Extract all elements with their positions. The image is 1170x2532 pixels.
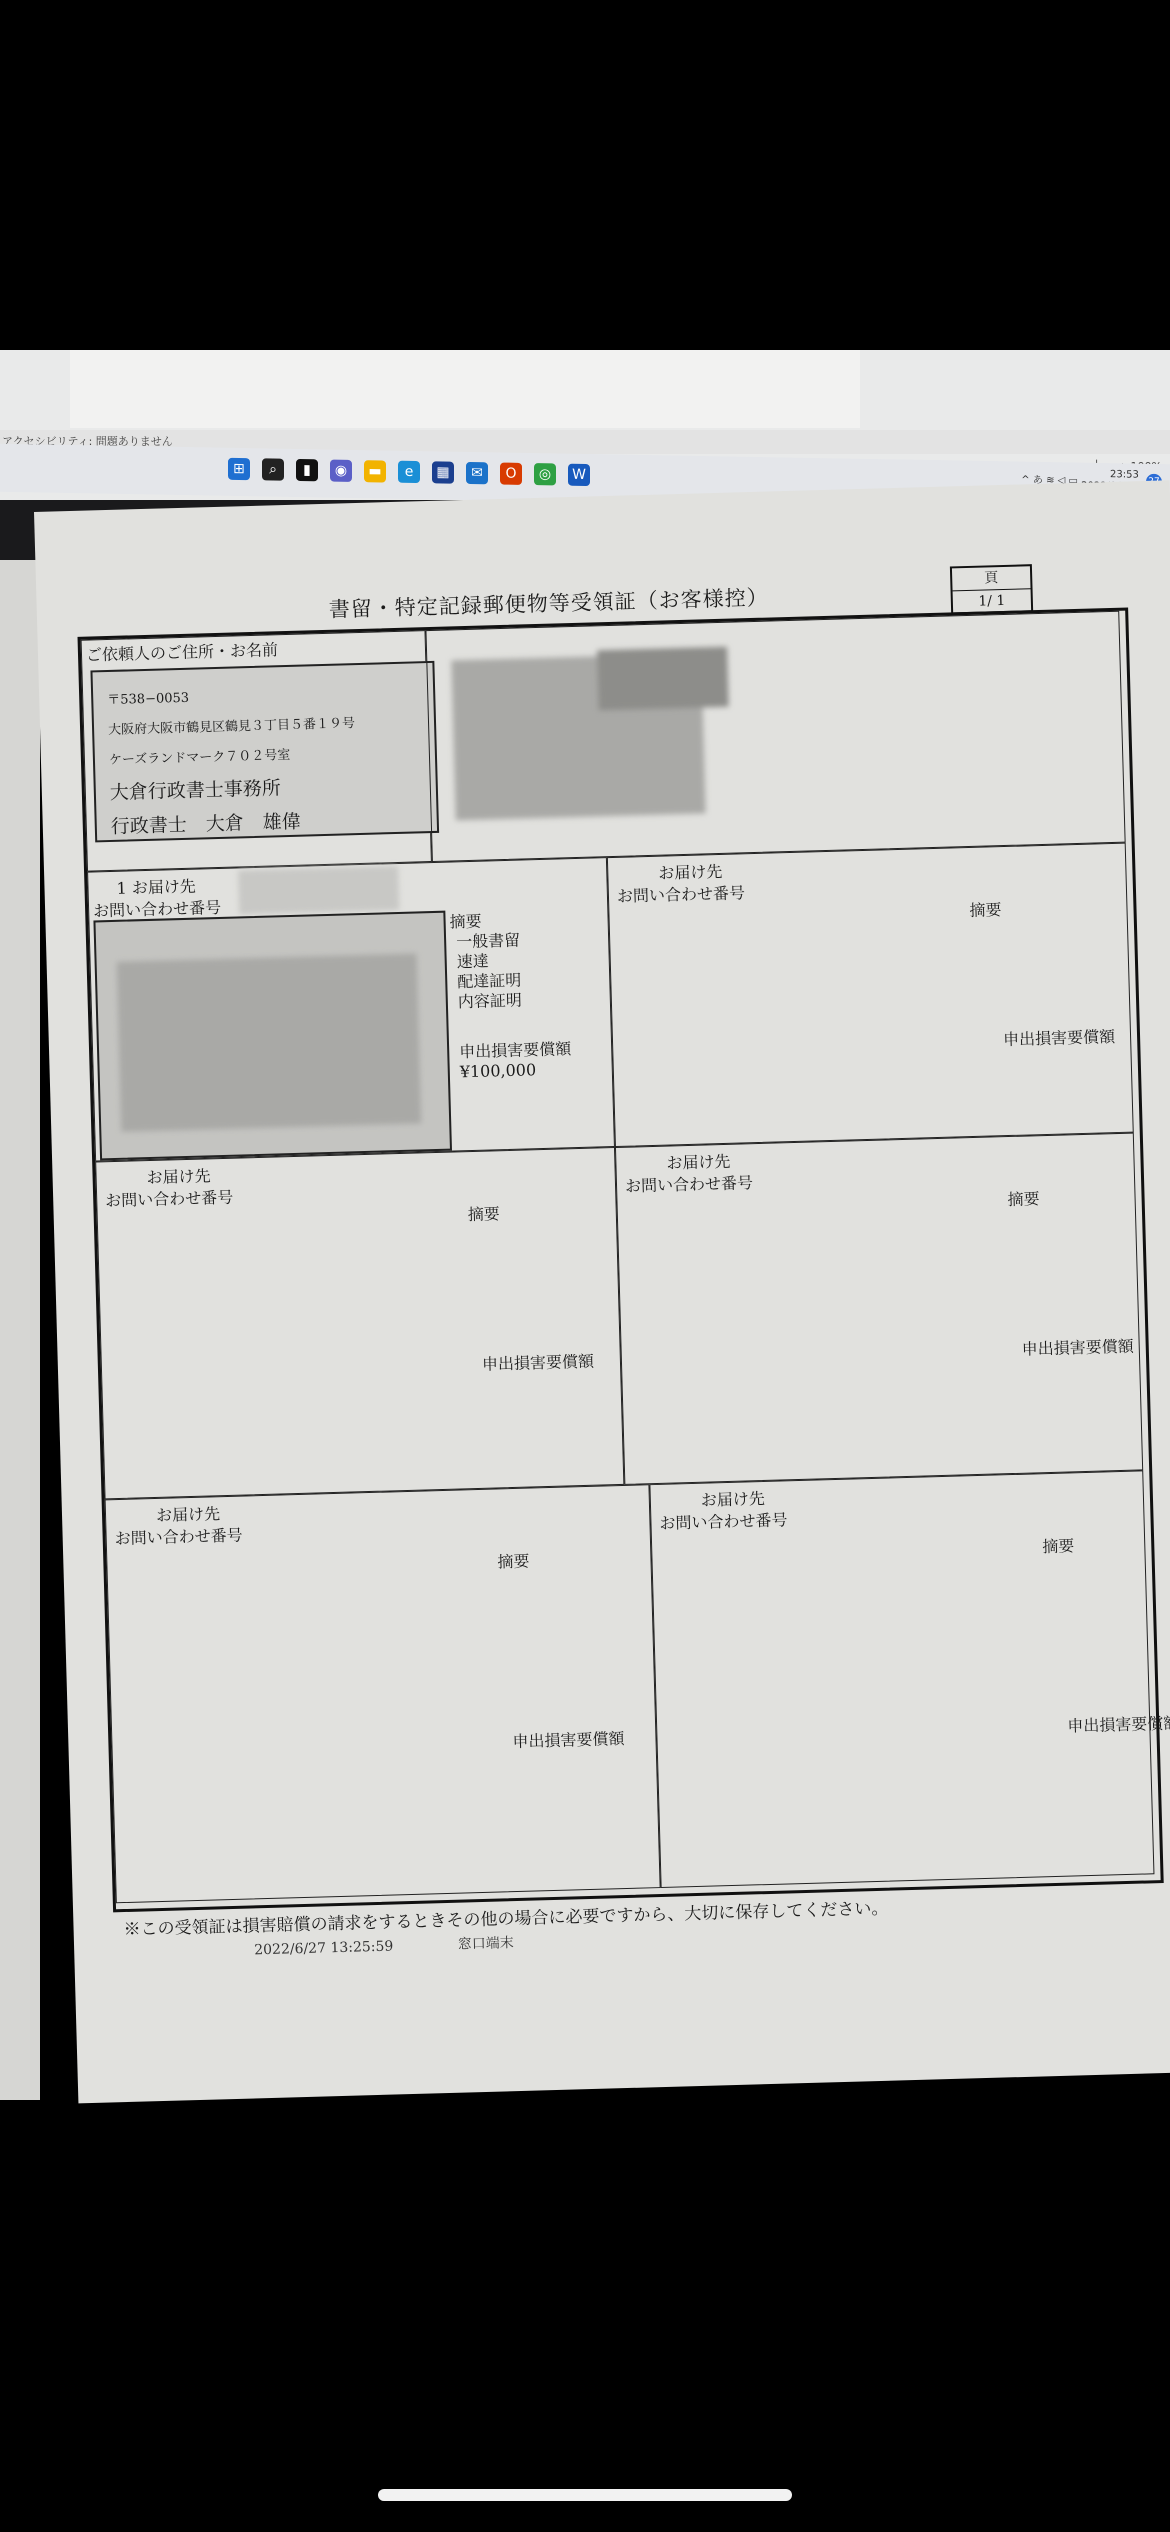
delivery-heading: お届け先 <box>156 1501 221 1526</box>
sender-name: 行政書士 大倉 雄偉 <box>110 803 358 844</box>
summary-item: 内容証明 <box>458 991 523 1013</box>
taskbar-icons: ⊞⌕▮◉▬e▦✉O◎W <box>228 458 590 486</box>
chrome-icon[interactable]: ◎ <box>534 463 556 485</box>
delivery-heading: お届け先 <box>666 1149 731 1174</box>
footer-terminal: 窓口端末 <box>458 1935 514 1953</box>
tracking-label: お問い合わせ番号 <box>659 1507 788 1534</box>
tracking-label: お問い合わせ番号 <box>105 1185 234 1212</box>
barcode-cell <box>425 611 1125 862</box>
damage-value: ¥100,000 <box>460 1059 573 1082</box>
sender-header: ご依頼人のご住所・お名前 <box>86 637 279 665</box>
summary-item: 速達 <box>456 951 521 973</box>
delivery-cell-4: お届け先 お問い合わせ番号 摘要 申出損害要償額 <box>615 1133 1143 1485</box>
edge-icon[interactable]: e <box>398 461 420 483</box>
page-label: 頁 <box>952 566 1031 591</box>
home-indicator[interactable] <box>378 2489 792 2501</box>
summary-label: 摘要 <box>449 911 520 933</box>
tracking-label: お問い合わせ番号 <box>625 1170 754 1197</box>
clock-time: 23:53 <box>1081 469 1139 482</box>
windows-start-icon[interactable]: ⊞ <box>228 458 250 480</box>
delivery-cell-3: お届け先 お問い合わせ番号 摘要 申出損害要償額 <box>95 1147 624 1499</box>
word-document-page <box>70 350 860 428</box>
teams-chat-icon[interactable]: ◉ <box>330 460 352 482</box>
summary-item: 一般書留 <box>456 931 521 953</box>
document-title: 書留・特定記録郵便物等受領証（お客様控） <box>328 582 769 624</box>
damage-label: 申出損害要償額 <box>459 1039 572 1062</box>
damage-label: 申出損害要償額 <box>512 1726 625 1752</box>
summary-label: 摘要 <box>497 1549 530 1573</box>
word-icon[interactable]: W <box>568 464 590 486</box>
delivery-cell-2: お届け先 お問い合わせ番号 摘要 申出損害要償額 <box>607 843 1134 1147</box>
mail-icon[interactable]: ✉ <box>466 462 488 484</box>
summary-items: 一般書留速達配達証明内容証明 <box>450 931 522 1013</box>
summary-label: 摘要 <box>969 897 1002 921</box>
redacted-area <box>597 647 729 711</box>
page-number-box: 頁 1/ 1 <box>950 564 1033 614</box>
summary-block: 摘要 一般書留速達配達証明内容証明 <box>449 911 522 1013</box>
delivery-cell-1: 1 お届け先 お問い合わせ番号 摘要 一般書留速達配達証明内容証明 申出損害要償… <box>87 857 615 1161</box>
recipient-address-label <box>93 911 452 1161</box>
summary-label: 摘要 <box>467 1201 500 1225</box>
damage-label: 申出損害要償額 <box>1067 1710 1170 1736</box>
store-icon[interactable]: ▦ <box>432 461 454 483</box>
delivery-heading: お届け先 <box>658 859 723 884</box>
office-icon[interactable]: O <box>500 463 522 485</box>
redacted-tracking-number <box>238 866 399 914</box>
tracking-label: お問い合わせ番号 <box>617 880 746 907</box>
paper-underneath <box>0 560 40 2100</box>
tracking-label: お問い合わせ番号 <box>114 1523 243 1550</box>
search-icon[interactable]: ⌕ <box>262 458 284 480</box>
redacted-recipient <box>117 953 422 1131</box>
damage-block: 申出損害要償額 ¥100,000 <box>459 1039 572 1082</box>
summary-label: 摘要 <box>1007 1186 1040 1210</box>
damage-label: 申出損害要償額 <box>1003 1024 1116 1050</box>
receipt-grid: ご依頼人のご住所・お名前 〒538−0053 大阪府大阪市鶴見区鶴見３丁目５番１… <box>78 607 1164 1912</box>
delivery-heading: お届け先 <box>146 1163 211 1188</box>
summary-label: 摘要 <box>1042 1533 1075 1557</box>
delivery-heading: お届け先 <box>701 1486 766 1511</box>
delivery-cell-6: お届け先 お問い合わせ番号 摘要 申出損害要償額 <box>649 1470 1154 1888</box>
task-view-icon[interactable]: ▮ <box>296 459 318 481</box>
summary-item: 配達証明 <box>457 971 522 993</box>
receipt-paper: 書留・特定記録郵便物等受領証（お客様控） 頁 1/ 1 ご依頼人のご住所・お名前… <box>34 480 1170 2103</box>
damage-label: 申出損害要償額 <box>482 1349 595 1375</box>
damage-label: 申出損害要償額 <box>1021 1334 1134 1360</box>
footer-datetime: 2022/6/27 13:25:59 <box>254 1939 394 1959</box>
sender-cell: ご依頼人のご住所・お名前 〒538−0053 大阪府大阪市鶴見区鶴見３丁目５番１… <box>81 630 432 872</box>
file-explorer-icon[interactable]: ▬ <box>364 460 386 482</box>
delivery-cell-5: お届け先 お問い合わせ番号 摘要 申出損害要償額 <box>105 1484 661 1903</box>
sender-address-label: 〒538−0053 大阪府大阪市鶴見区鶴見３丁目５番１９号 ケーズランドマーク７… <box>90 661 439 843</box>
